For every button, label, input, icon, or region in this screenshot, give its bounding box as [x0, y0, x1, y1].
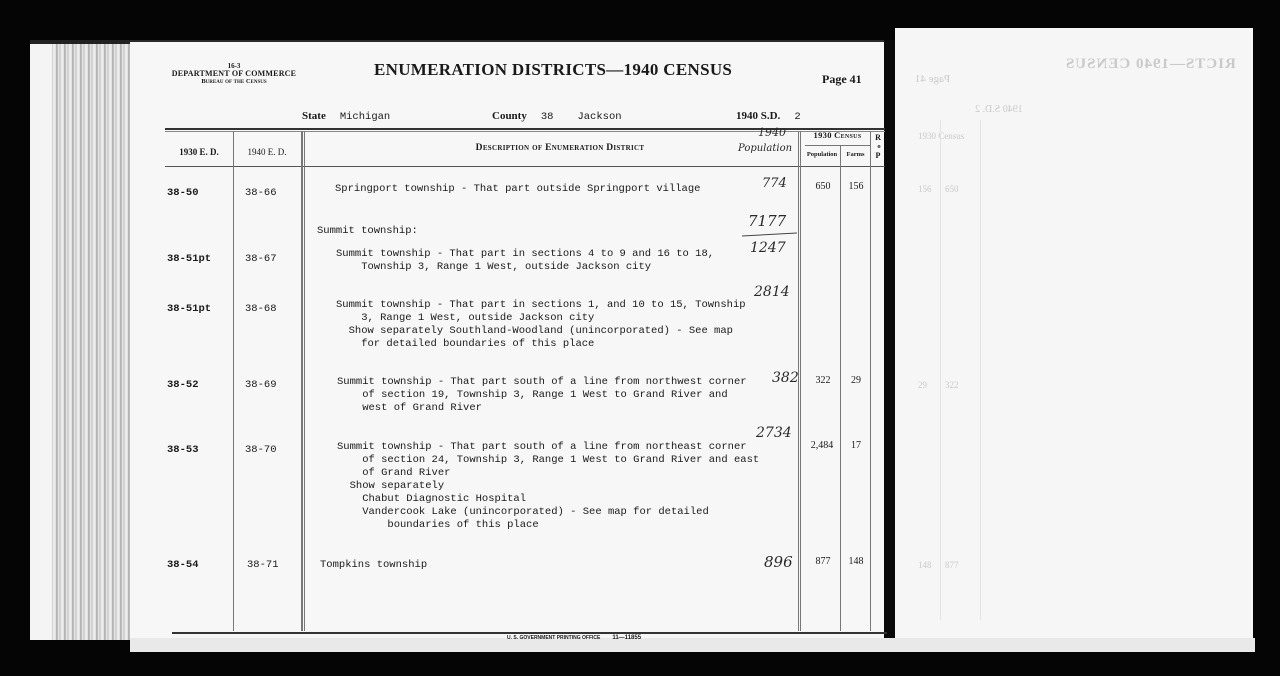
- table-bottom-rule: [172, 632, 887, 634]
- header-cutoff: P: [873, 151, 883, 160]
- row-1940-ed: 38-67: [245, 253, 277, 266]
- row-1940-ed: 38-69: [245, 379, 277, 392]
- row-description: Vandercook Lake (unincorporated) - See m…: [337, 506, 709, 519]
- header-cutoff: R: [873, 133, 883, 142]
- right-page-ghost-value: 322: [945, 380, 959, 390]
- column-divider: [233, 131, 234, 631]
- row-description: Summit township - That part south of a l…: [337, 441, 747, 454]
- row-description: Summit township:: [317, 225, 418, 238]
- header-1930-ed: 1930 E. D.: [166, 147, 232, 157]
- row-description: of section 19, Township 3, Range 1 West …: [337, 389, 728, 402]
- column-divider-double: [302, 131, 305, 631]
- row-description: Summit township - That part south of a l…: [337, 376, 747, 389]
- county-label: County: [492, 110, 527, 122]
- row-description: Tompkins township: [320, 559, 427, 572]
- ghost-column-line: [980, 120, 981, 620]
- row-1930-population: 650: [806, 181, 840, 192]
- row-description: Show separately Southland-Woodland (unin…: [336, 325, 733, 338]
- census-sub-rule: [805, 145, 871, 146]
- right-page-ghost-title: RICTS—1940 CENSUS: [1065, 56, 1236, 73]
- row-1940-population: 2734: [756, 425, 792, 441]
- row-1940-ed: 38-68: [245, 303, 277, 316]
- row-1930-ed: 38-50: [167, 187, 199, 200]
- header-description: Description of Enumeration District: [420, 143, 700, 153]
- right-page-ghost-value: 156: [918, 184, 932, 194]
- bureau-name: Bureau of the Census: [164, 78, 304, 86]
- document-title: ENUMERATION DISTRICTS—1940 CENSUS: [374, 60, 732, 80]
- row-1930-ed: 38-54: [167, 559, 199, 572]
- right-page-ghost-sd: 1940 S.D. 2: [975, 104, 1023, 115]
- row-1940-population: 1247: [750, 240, 786, 256]
- row-1940-population: 382: [772, 370, 799, 386]
- right-page-ghost-value: 877: [945, 560, 959, 570]
- header-farms: Farms: [841, 151, 870, 158]
- header-cutoff: o: [875, 143, 883, 150]
- row-1930-farms: 148: [842, 556, 870, 567]
- header-1930-census: 1930 Census: [805, 130, 870, 140]
- row-1930-farms: 17: [842, 440, 870, 451]
- row-description: west of Grand River: [337, 402, 482, 415]
- printer-name: U. S. GOVERNMENT PRINTING OFFICE: [507, 635, 600, 641]
- row-1940-ed: 38-71: [247, 559, 279, 572]
- row-description: for detailed boundaries of this place: [336, 338, 594, 351]
- form-code: 11—11855: [612, 635, 641, 641]
- county-code: 38: [541, 111, 554, 123]
- page-bottom-edge: [130, 638, 1255, 652]
- row-1930-population: 322: [806, 375, 840, 386]
- state-field: StateMichigan: [302, 110, 390, 123]
- row-1930-ed: 38-51pt: [167, 303, 211, 316]
- right-page-ghost-value: 148: [918, 560, 932, 570]
- state-label: State: [302, 110, 326, 122]
- row-1930-population: 877: [806, 556, 840, 567]
- row-1930-ed: 38-51pt: [167, 253, 211, 266]
- header-population: Population: [803, 151, 841, 158]
- row-description: Show separately: [337, 480, 444, 493]
- row-1940-population: 2814: [754, 284, 790, 300]
- row-1940-ed: 38-70: [245, 444, 277, 457]
- row-1930-ed: 38-52: [167, 379, 199, 392]
- right-page-ghost-value: 29: [918, 380, 927, 390]
- row-description: 3, Range 1 West, outside Jackson city: [336, 312, 594, 325]
- row-description: Township 3, Range 1 West, outside Jackso…: [336, 261, 651, 274]
- county-name: Jackson: [577, 111, 621, 123]
- sd-label: 1940 S.D.: [736, 110, 780, 122]
- header-1940-ed: 1940 E. D.: [234, 147, 300, 157]
- header-bottom-rule: [165, 166, 885, 167]
- county-field: County38Jackson: [492, 110, 622, 123]
- row-1930-farms: 156: [842, 181, 870, 192]
- department-name: DEPARTMENT OF COMMERCE: [164, 70, 304, 78]
- state-value: Michigan: [340, 111, 390, 123]
- book-page-edges: [30, 40, 135, 640]
- page-number: Page 41: [822, 72, 862, 87]
- sd-field: 1940 S.D.2: [736, 110, 801, 123]
- row-description: of Grand River: [337, 467, 450, 480]
- row-1940-ed: 38-66: [245, 187, 277, 200]
- department-block: 16-3 DEPARTMENT OF COMMERCE Bureau of th…: [164, 62, 304, 86]
- ghost-column-line: [940, 120, 941, 620]
- right-page-ghost-page: Page 41: [915, 73, 950, 85]
- handwritten-1940-label: 1940: [758, 126, 786, 139]
- row-1930-farms: 29: [842, 375, 870, 386]
- row-description: Summit township - That part in sections …: [336, 299, 746, 312]
- right-page-ghost-value: 650: [945, 184, 959, 194]
- row-1930-ed: 38-53: [167, 444, 199, 457]
- row-description: Summit township - That part in sections …: [336, 248, 714, 261]
- row-description: Chabut Diagnostic Hospital: [337, 493, 526, 506]
- right-page: [895, 28, 1253, 652]
- column-divider: [840, 145, 841, 631]
- row-1940-population-subtotal: 7177: [748, 212, 786, 230]
- row-description: boundaries of this place: [337, 519, 539, 532]
- handwritten-population-label: Population: [738, 143, 792, 154]
- row-1930-population: 2,484: [803, 440, 841, 451]
- column-divider: [870, 131, 871, 631]
- row-description: of section 24, Township 3, Range 1 West …: [337, 454, 759, 467]
- row-1940-population: 774: [762, 176, 787, 191]
- sd-value: 2: [794, 111, 800, 123]
- right-page-ghost-census: 1930 Census: [918, 131, 964, 141]
- printer-imprint: U. S. GOVERNMENT PRINTING OFFICE11—11855: [507, 635, 641, 641]
- row-1940-population: 896: [764, 553, 793, 571]
- row-description: Springport township - That part outside …: [335, 183, 700, 196]
